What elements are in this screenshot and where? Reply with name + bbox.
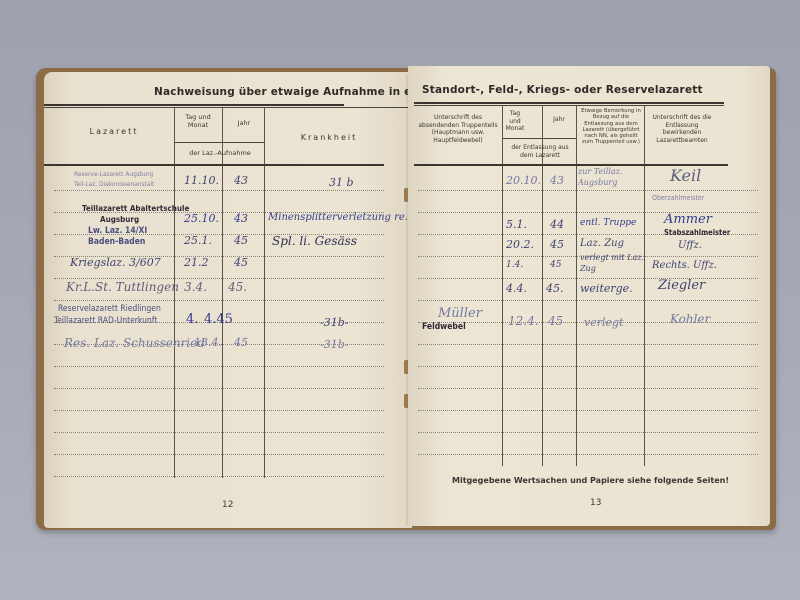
rank-stamp: Oberzahlmeister <box>652 194 704 202</box>
column-divider <box>542 106 543 466</box>
diagnosis: 31 b <box>329 176 354 189</box>
discharge-remark: zur Teillaz. Augsburg <box>578 166 642 188</box>
discharge-date: 20.2. <box>506 238 534 251</box>
row-line <box>54 476 384 477</box>
discharge-remark: entl. Truppe <box>580 218 636 228</box>
header-rule <box>414 102 724 104</box>
lazarett-stamp: Teillazarett Abaltertschule <box>82 204 189 213</box>
column-header-unterschrift-beamten: Unterschrift des die Entlassung bewirken… <box>646 114 718 144</box>
diagnosis: -31b- <box>320 316 348 329</box>
row-line <box>418 278 758 279</box>
lazarett-stamp: Reserve-Lazarett Augsburg <box>74 170 153 178</box>
row-line <box>418 190 758 191</box>
admission-year: 45 <box>234 234 248 247</box>
column-header-jahr: Jahr <box>544 116 574 124</box>
lazarett-stamp: Lw. Laz. 14/XI <box>88 226 147 236</box>
row-line <box>418 410 758 411</box>
official-signature: Ammer <box>664 212 712 227</box>
row-line <box>54 300 384 301</box>
column-divider <box>644 106 645 466</box>
official-signature: Keil <box>670 166 701 185</box>
column-header-bemerkung: Etwaige Bemerkung in Bezug auf die Entla… <box>578 108 644 146</box>
row-line <box>54 366 384 367</box>
lazarett-stamp: Teil-Laz. Diakonissenanstalt <box>74 180 154 188</box>
row-line <box>54 278 384 279</box>
discharge-date: 5.1. <box>506 218 527 231</box>
page-right: Standort-, Feld-, Kriegs- oder Reservela… <box>408 66 770 526</box>
header-subrule <box>174 142 264 143</box>
column-header-aufnahme: der Laz.-Aufnahme <box>176 150 264 158</box>
official-signature: Kohler <box>670 312 710 326</box>
discharge-date: 1.4. <box>506 260 523 270</box>
row-line <box>418 344 758 345</box>
header-rule <box>414 105 724 106</box>
column-header-tag-monat: Tag und Monat <box>176 114 220 129</box>
discharge-year: 45 <box>550 238 564 251</box>
row-line <box>54 432 384 433</box>
admission-date: 11.10. <box>184 174 219 187</box>
discharge-year: 45 <box>550 260 561 270</box>
diagnosis: Minensplitterverletzung re. Bugl <box>268 212 412 223</box>
row-line <box>54 190 384 191</box>
row-line <box>418 388 758 389</box>
lazarett-stamp: Baden-Baden <box>88 237 145 247</box>
header-bottom-rule <box>44 164 384 166</box>
admission-date: 3.4. <box>184 280 207 294</box>
discharge-year: 44 <box>550 218 564 231</box>
admission-date: 25.1. <box>184 234 212 247</box>
lazarett-stamp: Augsburg <box>100 215 139 224</box>
discharge-date: 4.4. <box>506 282 527 295</box>
admission-year: 43 <box>234 174 248 187</box>
admission-date: 25.10. <box>184 212 219 225</box>
discharge-remark: weiterge. <box>580 282 633 295</box>
page-number-left: 12 <box>222 500 233 510</box>
rank-stamp: Stabszahlmeister <box>664 228 730 237</box>
page-number-right: 13 <box>590 498 601 508</box>
soldbuch-open-spread: Nachweisung über etwaige Aufnahme in ein… <box>36 64 776 534</box>
diagnosis: -31b- <box>320 338 348 351</box>
row-line <box>418 432 758 433</box>
row-line <box>54 454 384 455</box>
unit-signature: Müller <box>438 306 482 321</box>
admission-date: 4. <box>186 312 198 327</box>
lazarett-handwritten: Kriegslaz. 3/607 <box>70 256 161 269</box>
official-signature: Rechts. Uffz. <box>652 260 717 271</box>
discharge-year: 45. <box>546 282 564 295</box>
page-title-right: Standort-, Feld-, Kriegs- oder Reservela… <box>422 84 703 96</box>
footer-note: Mitgegebene Wertsachen und Papiere siehe… <box>452 476 729 485</box>
header-subrule <box>502 138 576 139</box>
column-header-tag-monat: Tag und Monat <box>504 110 526 133</box>
lazarett-stamp: Teillazarett RAD-Unterkunft <box>54 316 157 326</box>
row-line <box>54 388 384 389</box>
rank-stamp: Feldwebel <box>422 322 466 332</box>
discharge-year: 45 <box>548 314 563 328</box>
lazarett-handwritten: Res. Laz. Schussenried <box>64 336 205 350</box>
column-header-krankheit: Krankheit <box>274 134 384 142</box>
column-header-entlassung: der Entlassung aus dem Lazarett <box>504 144 576 159</box>
discharge-date: 12.4. <box>508 314 539 328</box>
admission-year: 45 <box>234 256 248 269</box>
column-header-jahr: Jahr <box>224 120 264 128</box>
column-divider <box>502 106 503 466</box>
page-title-left: Nachweisung über etwaige Aufnahme in ein <box>154 86 412 98</box>
row-line <box>418 300 758 301</box>
discharge-remark: verlegt <box>584 316 623 329</box>
row-line <box>418 366 758 367</box>
admission-year: 43 <box>234 212 248 225</box>
discharge-remark: verlegt mit Laz. Zug <box>580 252 644 274</box>
header-rule <box>44 107 412 108</box>
column-divider <box>576 106 577 466</box>
header-rule <box>44 104 344 106</box>
admission-year: 45. <box>228 280 247 294</box>
discharge-date: 20.10. <box>506 174 541 187</box>
discharge-remark: Laz. Zug <box>580 238 624 249</box>
admission-date: 13.4. <box>194 336 222 349</box>
admission-year: 4.45 <box>204 312 233 327</box>
official-signature: Ziegler <box>658 278 705 293</box>
row-line <box>54 410 384 411</box>
official-signature: Uffz. <box>678 240 702 251</box>
column-header-lazarett: Lazarett <box>64 128 164 136</box>
lazarett-stamp: Reservelazarett Riedlingen <box>58 304 161 314</box>
admission-year: 45 <box>234 336 248 349</box>
lazarett-handwritten: Kr.L.St. Tuttlingen <box>66 280 179 294</box>
admission-date: 21.2 <box>184 256 209 269</box>
diagnosis: Spl. li. Gesäss <box>272 234 357 248</box>
row-line <box>418 454 758 455</box>
discharge-year: 43 <box>550 174 564 187</box>
page-left: Nachweisung über etwaige Aufnahme in ein… <box>44 72 412 528</box>
column-header-unterschrift-truppenteil: Unterschrift des absendenden Truppenteil… <box>416 114 500 144</box>
